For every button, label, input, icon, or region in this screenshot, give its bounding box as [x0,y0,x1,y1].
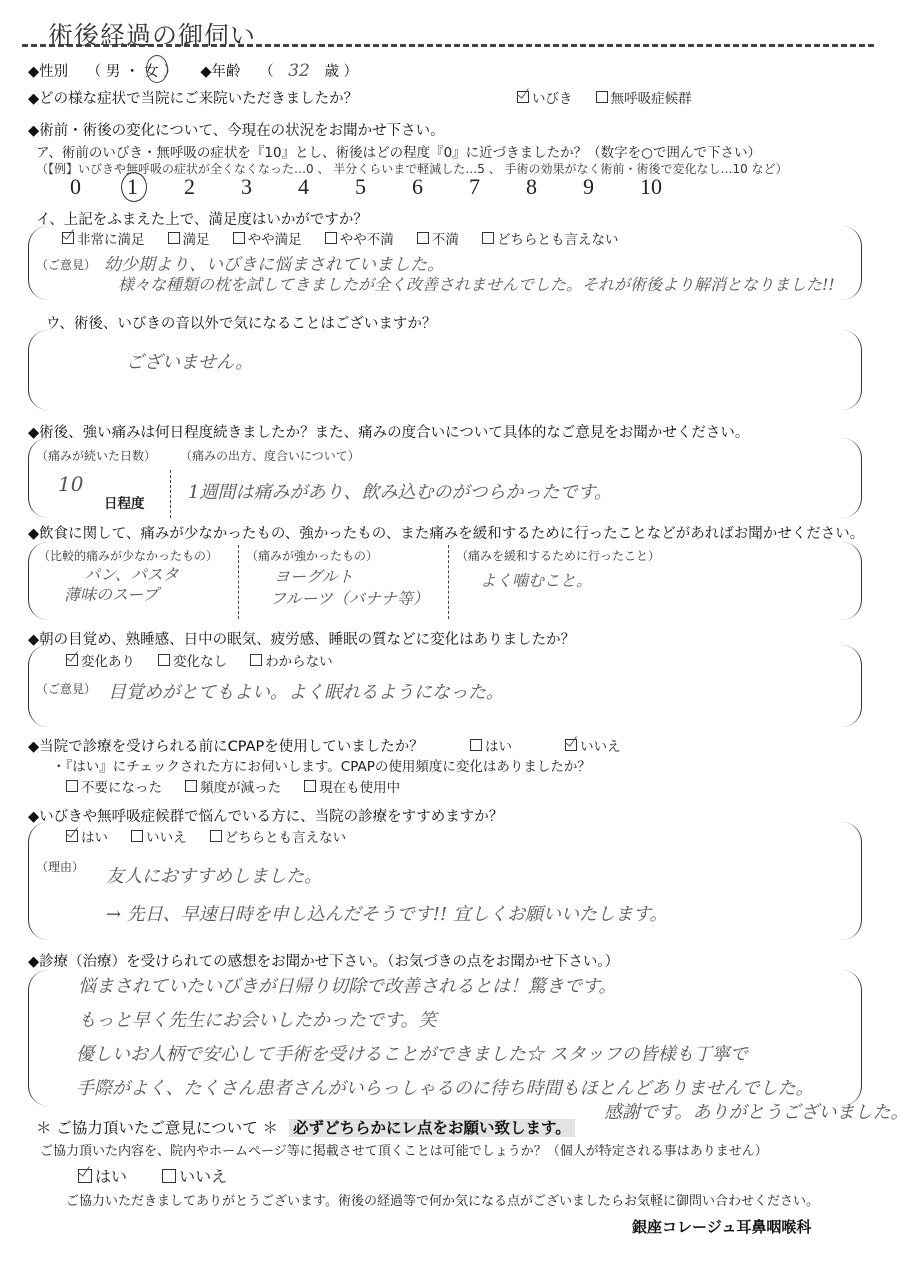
checkbox-icon[interactable] [482,232,494,244]
scale-2[interactable]: 2 [184,174,241,200]
food-more-pain-label: （痛みが強かったもの） [246,547,378,564]
impression-line-1[interactable]: 悩まされていたいびきが日帰り切除で改善されるとは！驚きです。 [78,972,617,998]
pain-days-label: （痛みが続いた日数） [36,447,156,464]
title-divider [22,44,874,47]
food-more-pain-line-2[interactable]: フルーツ（バナナ等） [270,586,429,609]
gender-circle-mark [146,55,168,83]
other-concern-answer[interactable]: ございません。 [126,348,253,374]
checkbox-icon[interactable] [417,232,429,244]
option-recommend-neither[interactable]: どちらとも言えない [210,826,347,846]
gender-age-row: ◆性別 （ 男 ・ 女 ） ◆年齢 （ 32 歳 ） [28,60,358,81]
option-still-using[interactable]: 現在も使用中 [304,776,400,796]
pain-days-value[interactable]: 10 [58,472,83,496]
option-no-longer-needed[interactable]: 不要になった [66,776,162,796]
scale-9[interactable]: 9 [583,174,640,200]
scale-1-selected[interactable]: 1 [127,174,184,200]
checkbox-checked-icon[interactable] [565,739,577,751]
satisfaction-options: 非常に満足 満足 やや満足 やや不満 不満 どちらとも言えない [62,228,636,248]
pain-days-unit: 日程度 [104,492,145,512]
checkbox-icon[interactable] [162,1169,176,1183]
pain-detail-label: （痛みの出方、度合いについて） [180,447,360,464]
checkbox-icon[interactable] [168,232,180,244]
option-apnea[interactable]: 無呼吸症候群 [596,87,692,107]
impression-question: ◆診療（治療）を受けられての感想をお聞かせ下さい。（お気づきの点をお聞かせ下さい… [28,950,619,971]
option-somewhat-satisfied[interactable]: やや満足 [233,228,302,248]
age-label: ◆年齢 [200,64,240,80]
impression-line-3[interactable]: 優しいお人柄で安心して手術を受けることができました☆ スタッフの皆様も丁寧で [76,1040,748,1066]
checkbox-icon[interactable] [131,830,143,842]
impression-line-5[interactable]: 感謝です。ありがとうございました。 [604,1098,900,1124]
cpap-options: はい いいえ [470,735,639,755]
option-reduced[interactable]: 頻度が減った [185,776,281,796]
consent-question: ご協力頂いた内容を、院内やホームページ等に掲載させて頂くことは可能でしょうか？（… [40,1140,768,1159]
food-divider-2 [448,545,449,619]
scale-6[interactable]: 6 [412,174,469,200]
option-changed[interactable]: 変化あり [66,650,135,670]
option-cpap-no[interactable]: いいえ [565,735,621,755]
scale-3[interactable]: 3 [241,174,298,200]
checkbox-icon[interactable] [304,780,316,792]
scale-row: 0 1 2 3 4 5 6 7 8 9 10 [70,174,697,200]
checkbox-icon[interactable] [325,232,337,244]
checkbox-icon[interactable] [185,780,197,792]
checkbox-icon[interactable] [250,654,262,666]
checkbox-icon[interactable] [596,91,608,103]
cpap-question: ◆当院で診療を受けられる前にCPAPを使用していましたか？ [28,735,424,756]
option-dissatisfied[interactable]: 不満 [417,228,459,248]
recommend-reason-line-2[interactable]: → 先日、早速日時を申し込んだそうです!! 宜しくお願いいたします。 [106,900,668,926]
impression-line-4[interactable]: 手際がよく、たくさん患者さんがいらっしゃるのに待ち時間もほとんどありませんでした… [76,1074,814,1100]
checkbox-checked-icon[interactable] [66,654,78,666]
food-more-pain-line-1[interactable]: ヨーグルト [274,564,354,587]
checkbox-checked-icon[interactable] [517,91,529,103]
option-neither[interactable]: どちらとも言えない [482,228,619,248]
option-consent-yes[interactable]: はい [78,1164,127,1187]
food-less-pain-line-2[interactable]: 薄味のスープ [64,582,158,605]
checkbox-icon[interactable] [158,654,170,666]
age-value[interactable]: 32 [288,61,310,81]
scale-0[interactable]: 0 [70,174,127,200]
scale-8[interactable]: 8 [526,174,583,200]
checkbox-checked-icon[interactable] [78,1169,92,1183]
cpap-sub-options: 不要になった 頻度が減った 現在も使用中 [66,776,418,796]
option-satisfied[interactable]: 満足 [168,228,210,248]
recommend-reason-line-1[interactable]: 友人におすすめしました。 [106,862,322,888]
option-somewhat-dissatisfied[interactable]: やや不満 [325,228,394,248]
pain-detail-value[interactable]: 1週間は痛みがあり、飲み込むのがつらかったです。 [188,478,612,504]
option-very-satisfied[interactable]: 非常に満足 [62,228,145,248]
symptom-question: ◆どの様な症状で当院にご来院いただきましたか？ [28,87,358,108]
consent-heading-row: ＊ ご協力頂いたご意見について ＊ 必ずどちらかにレ点をお願い致します。 [36,1116,575,1138]
age-open: （ [259,64,274,80]
consent-heading: ＊ ご協力頂いたご意見について ＊ [36,1119,278,1137]
pain-divider [170,470,171,518]
consent-heading-emphasis: 必ずどちらかにレ点をお願い致します。 [289,1119,575,1137]
scale-4[interactable]: 4 [298,174,355,200]
consent-options: はい いいえ [78,1164,245,1187]
option-recommend-yes[interactable]: はい [66,826,108,846]
scale-10[interactable]: 10 [640,174,697,200]
scale-5[interactable]: 5 [355,174,412,200]
checkbox-checked-icon[interactable] [66,830,78,842]
clinic-name: 銀座コレージュ耳鼻咽喉科 [632,1216,811,1237]
impression-line-2[interactable]: もっと早く先生にお会いしたかったです。笑 [78,1006,437,1032]
checkbox-checked-icon[interactable] [62,232,74,244]
food-divider-1 [238,545,239,619]
food-relief-line-1[interactable]: よく噛むこと。 [480,568,592,591]
symptom-options: いびき 無呼吸症候群 [517,87,710,107]
sleep-opinion-label: （ご意見） [36,680,96,697]
cpap-sub-question: ・『はい』にチェックされた方にお伺いします。CPAPの使用頻度に変化はありました… [52,755,591,775]
option-snoring[interactable]: いびき [517,87,573,107]
option-consent-no[interactable]: いいえ [162,1164,227,1187]
food-question: ◆飲食に関して、痛みが少なかったもの、強かったもの、また痛みを緩和するために行っ… [28,522,864,543]
checkbox-icon[interactable] [66,780,78,792]
option-cpap-yes[interactable]: はい [470,735,512,755]
option-recommend-no[interactable]: いいえ [131,826,187,846]
age-unit: 歳 ） [324,64,358,80]
satisfaction-opinion-line-2[interactable]: 様々な種類の枕を試してきましたが全く改善されませんでした。それが術後より解消とな… [118,272,835,295]
food-relief-label: （痛みを緩和するために行ったこと） [456,547,660,564]
recommend-options: はい いいえ どちらとも言えない [66,826,364,846]
checkbox-icon[interactable] [233,232,245,244]
option-no-change[interactable]: 変化なし [158,650,227,670]
checkbox-icon[interactable] [210,830,222,842]
satisfaction-opinion-label: （ご意見） [36,256,96,273]
change-sub-a: ア、術前のいびき・無呼吸の症状を『10』とし、術後はどの程度『0』に近づきました… [36,141,761,161]
sleep-options: 変化あり 変化なし わからない [66,650,351,670]
checkbox-icon[interactable] [470,739,482,751]
sleep-opinion[interactable]: 目覚めがとてもよい。よく眠れるようになった。 [108,678,504,704]
change-question: ◆術前・術後の変化について、今現在の状況をお聞かせ下さい。 [28,119,445,140]
consent-thanks: ご協力いただきましてありがとうございます。術後の経過等で何か気になる点がございま… [66,1190,819,1209]
option-unknown[interactable]: わからない [250,650,333,670]
recommend-reason-label: （理由） [36,858,84,875]
scale-7[interactable]: 7 [469,174,526,200]
gender-label: ◆性別 [28,64,68,80]
